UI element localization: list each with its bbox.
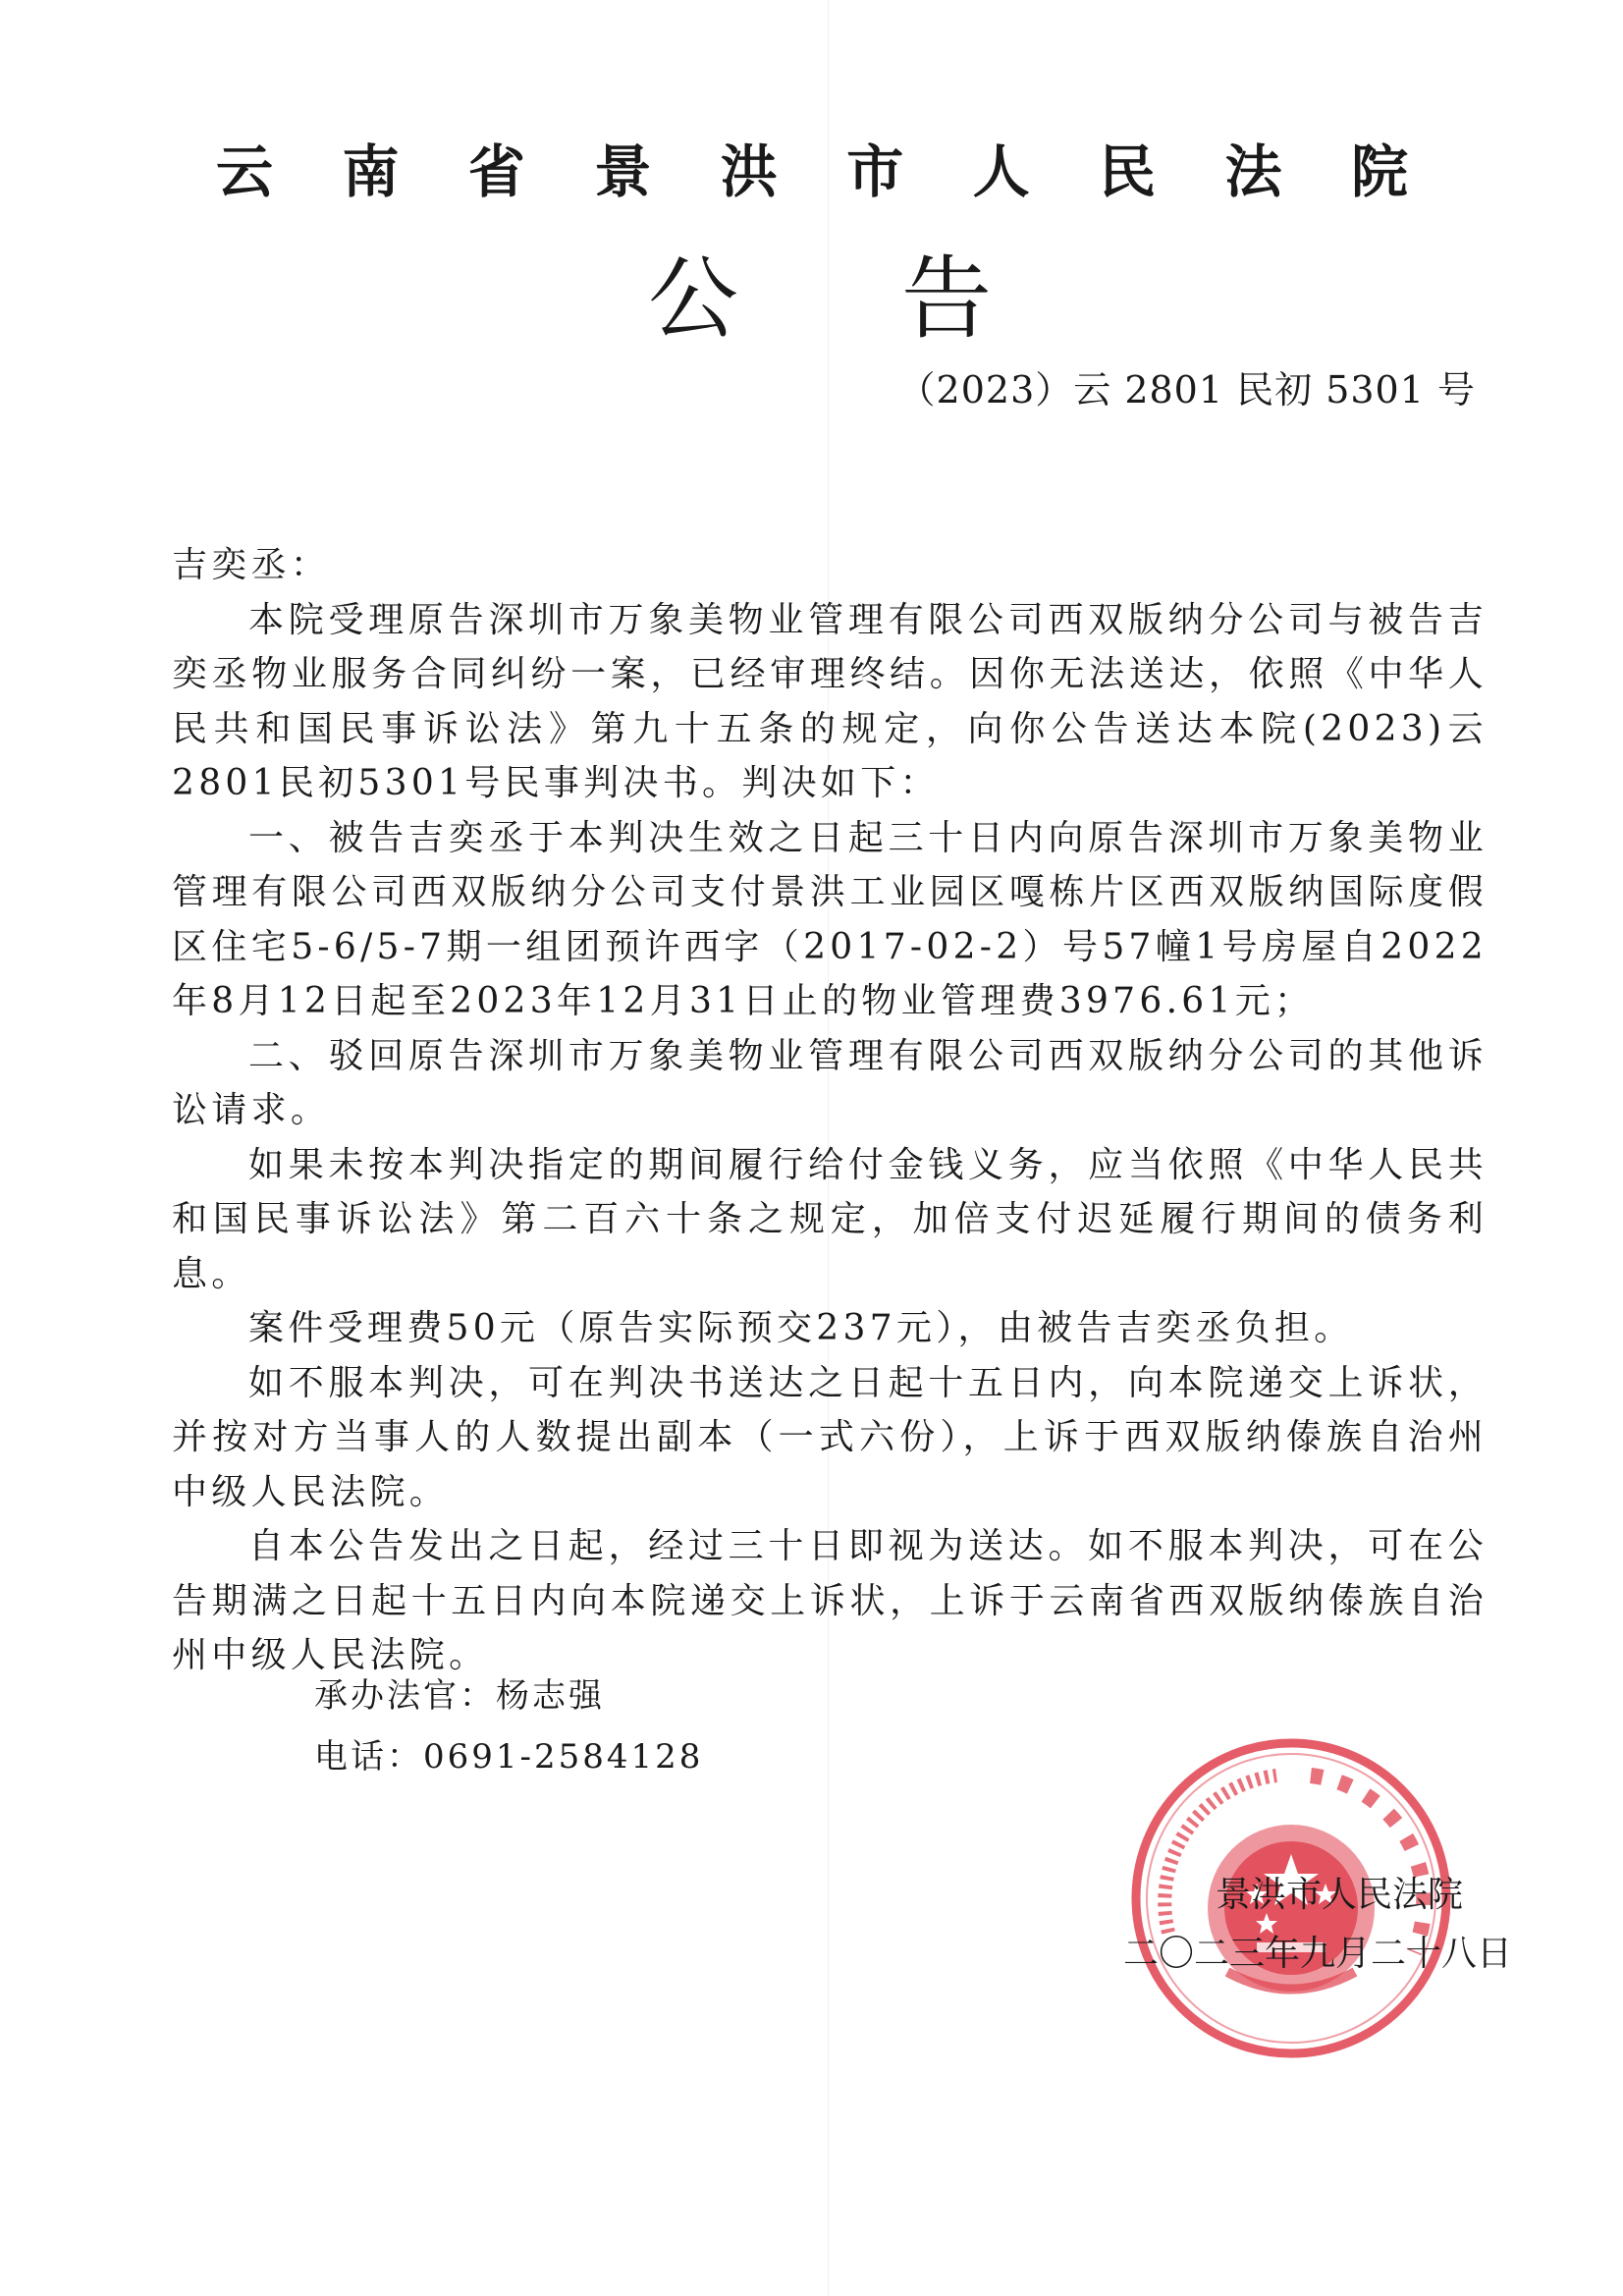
notice-title: 公告 — [648, 246, 992, 354]
paragraph-judgment-2: 二、驳回原告深圳市万象美物业管理有限公司西双版纳分公司的其他诉讼请求。 — [172, 1029, 1488, 1138]
paragraph-appeal: 如不服本判决，可在判决书送达之日起十五日内，向本院递交上诉状，并按对方当事人的人… — [172, 1356, 1488, 1520]
paragraph-service: 自本公告发出之日起，经过三十日即视为送达。如不服本判决，可在公告期满之日起十五日… — [172, 1519, 1488, 1683]
judge-line: 承办法官：杨志强 — [314, 1666, 703, 1726]
judge-label: 承办法官： — [314, 1676, 496, 1716]
judge-name: 杨志强 — [496, 1676, 605, 1716]
phone-number: 0691-2584128 — [423, 1737, 703, 1777]
phone-label: 电话： — [314, 1737, 423, 1777]
phone-line: 电话：0691-2584128 — [314, 1726, 703, 1787]
addressee: 吉奕丞： — [172, 538, 1488, 593]
contact-block: 承办法官：杨志强 电话：0691-2584128 — [314, 1666, 703, 1787]
notice-body: 吉奕丞： 本院受理原告深圳市万象美物业管理有限公司西双版纳分公司与被告吉奕丞物业… — [172, 538, 1488, 1683]
court-title: 云南省景洪市人民法院 — [216, 137, 1414, 206]
signature-court: 景洪市人民法院 — [1080, 1866, 1512, 1925]
signature-date: 二〇二三年九月二十八日 — [1080, 1925, 1512, 1984]
paragraph-judgment-1: 一、被告吉奕丞于本判决生效之日起三十日内向原告深圳市万象美物业管理有限公司西双版… — [172, 811, 1488, 1029]
case-number: （2023）云 2801 民初 5301 号 — [898, 365, 1476, 414]
paragraph-interest: 如果未按本判决指定的期间履行给付金钱义务，应当依照《中华人民共和国民事诉讼法》第… — [172, 1138, 1488, 1302]
paragraph-fee: 案件受理费50元（原告实际预交237元），由被告吉奕丞负担。 — [172, 1301, 1488, 1356]
paragraph-intro: 本院受理原告深圳市万象美物业管理有限公司西双版纳分公司与被告吉奕丞物业服务合同纠… — [172, 593, 1488, 811]
signature-block: 景洪市人民法院 二〇二三年九月二十八日 — [1080, 1866, 1512, 1984]
document-page: 云南省景洪市人民法院 公告 （2023）云 2801 民初 5301 号 吉奕丞… — [0, 0, 1623, 2296]
